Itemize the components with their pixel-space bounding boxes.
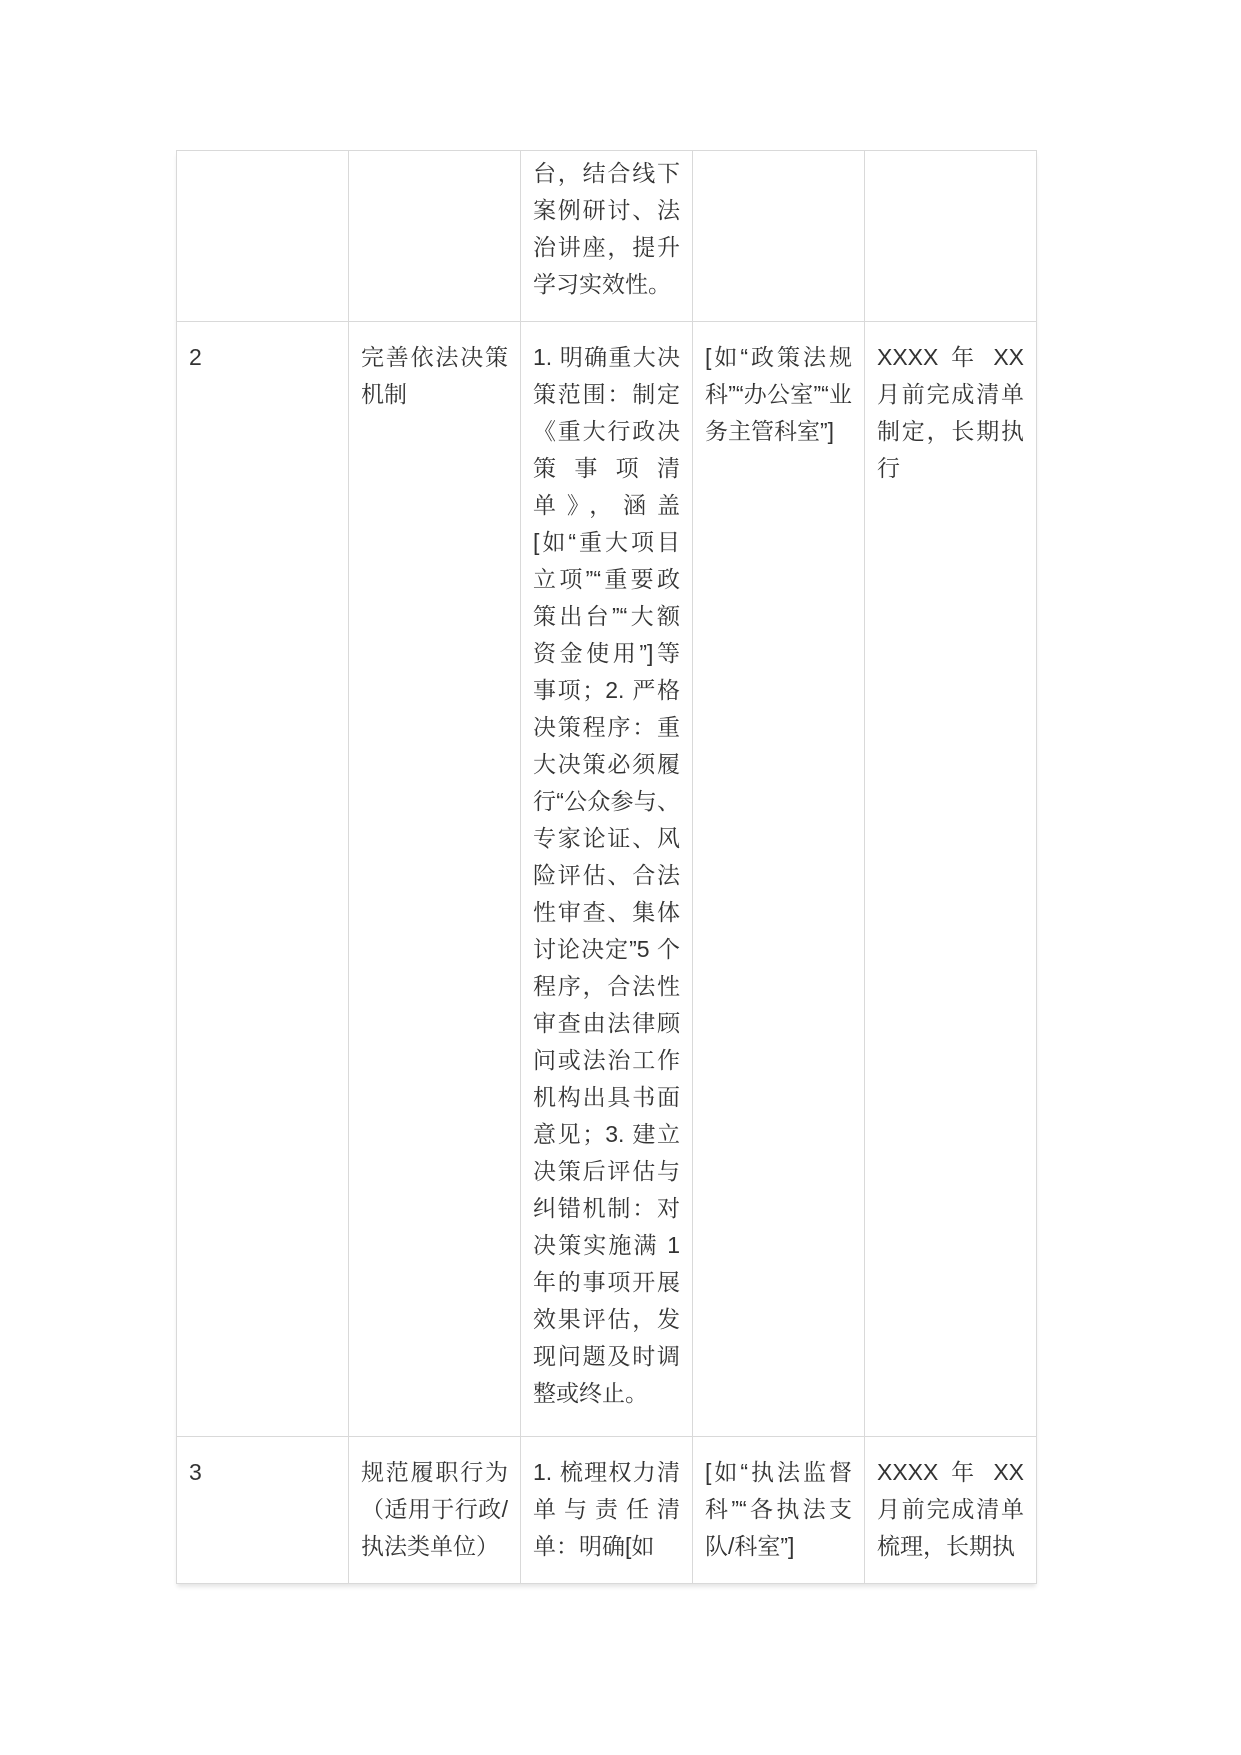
cell-item2-task: 完善依法决策机制 bbox=[349, 322, 521, 1437]
table-row-continuation: 台，结合线下案例研讨、法治讲座，提升学习实效性。 bbox=[177, 151, 1037, 322]
cell-item3-department: [如“执法监督科”“各执法支队/科室”] bbox=[693, 1437, 865, 1584]
cell-cont-measures: 台，结合线下案例研讨、法治讲座，提升学习实效性。 bbox=[521, 151, 693, 322]
cell-cont-department bbox=[693, 151, 865, 322]
cell-item2-deadline: XXXX 年 XX 月前完成清单制定，长期执行 bbox=[865, 322, 1037, 1437]
table-row-item-2: 2 完善依法决策机制 1. 明确重大决策范围：制定《重大行政决策事项清单》，涵盖… bbox=[177, 322, 1037, 1437]
cell-item3-task: 规范履职行为（适用于行政/执法类单位） bbox=[349, 1437, 521, 1584]
cell-item2-department: [如“政策法规科”“办公室”“业务主管科室”] bbox=[693, 322, 865, 1437]
document-page: 台，结合线下案例研讨、法治讲座，提升学习实效性。 2 完善依法决策机制 1. 明… bbox=[0, 0, 1241, 1755]
work-plan-table: 台，结合线下案例研讨、法治讲座，提升学习实效性。 2 完善依法决策机制 1. 明… bbox=[176, 150, 1037, 1584]
cell-item3-measures: 1. 梳理权力清单与责任清单：明确[如 bbox=[521, 1437, 693, 1584]
cell-item3-number: 3 bbox=[177, 1437, 349, 1584]
cell-item2-number: 2 bbox=[177, 322, 349, 1437]
cell-cont-task bbox=[349, 151, 521, 322]
cell-cont-deadline bbox=[865, 151, 1037, 322]
cell-cont-number bbox=[177, 151, 349, 322]
cell-item3-deadline: XXXX 年 XX 月前完成清单梳理，长期执 bbox=[865, 1437, 1037, 1584]
cell-item2-measures: 1. 明确重大决策范围：制定《重大行政决策事项清单》，涵盖[如“重大项目立项”“… bbox=[521, 322, 693, 1437]
table-row-item-3: 3 规范履职行为（适用于行政/执法类单位） 1. 梳理权力清单与责任清单：明确[… bbox=[177, 1437, 1037, 1584]
